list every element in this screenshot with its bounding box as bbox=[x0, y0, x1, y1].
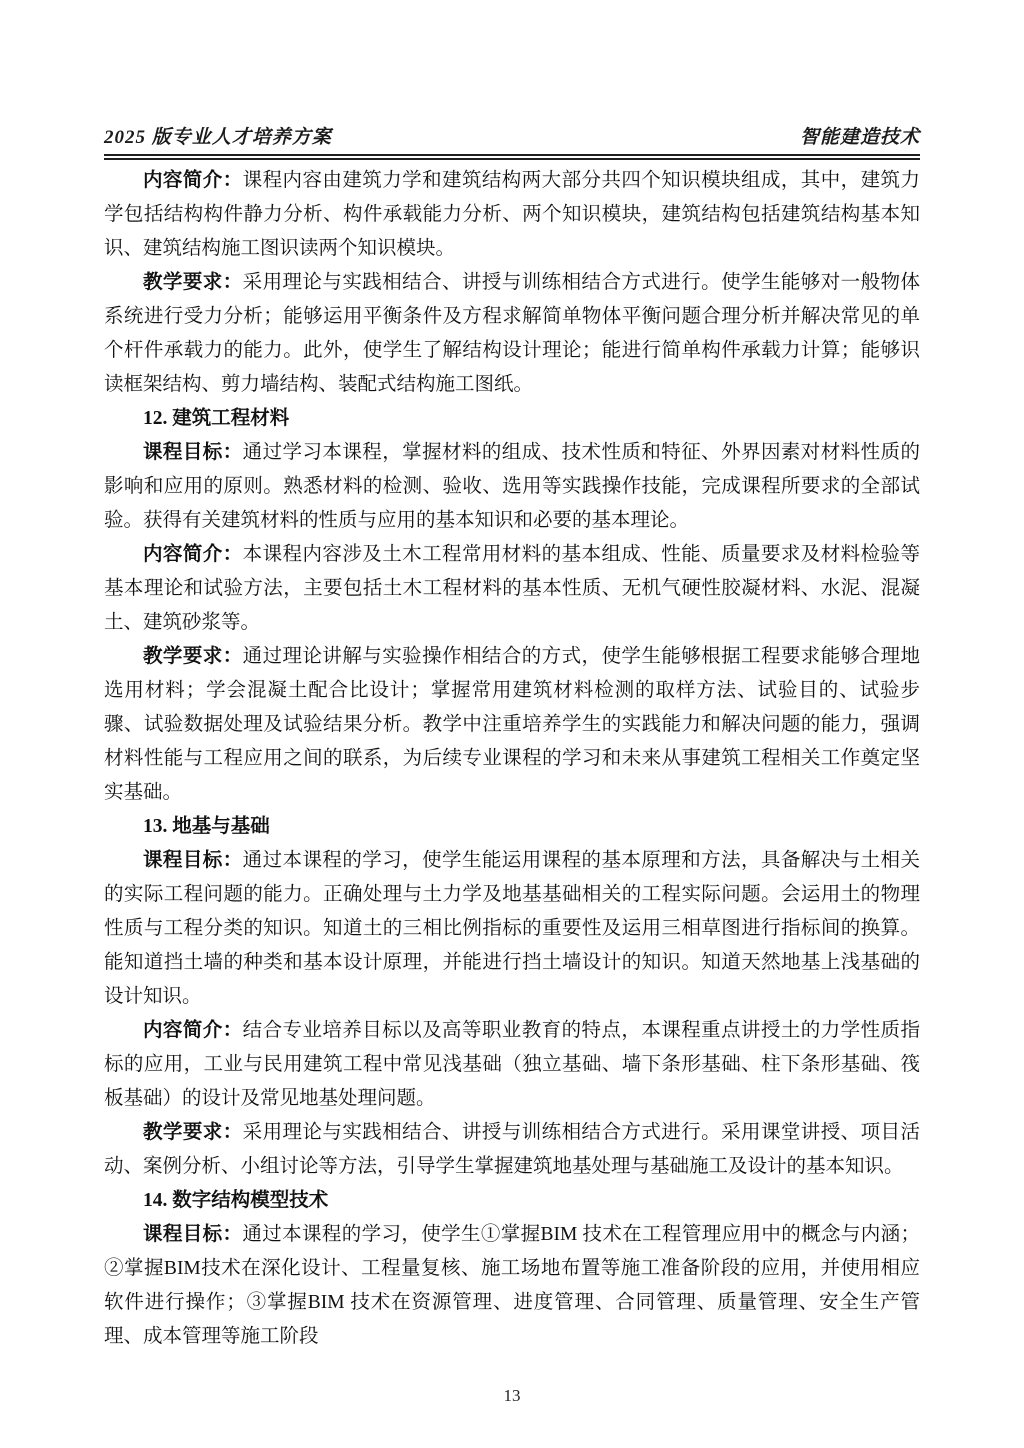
page-number: 13 bbox=[0, 1386, 1024, 1406]
paragraph: 教学要求：采用理论与实践相结合、讲授与训练相结合方式进行。采用课堂讲授、项目活动… bbox=[104, 1116, 920, 1184]
header-right-title: 智能建造技术 bbox=[800, 122, 920, 149]
header-double-rule bbox=[104, 154, 920, 160]
paragraph-label: 内容简介： bbox=[143, 170, 243, 191]
paragraph: 课程目标：通过学习本课程，掌握材料的组成、技术性质和特征、外界因素对材料性质的影… bbox=[104, 436, 920, 538]
paragraph: 内容简介：课程内容由建筑力学和建筑结构两大部分共四个知识模块组成，其中，建筑力学… bbox=[104, 164, 920, 266]
paragraph-label: 课程目标： bbox=[143, 442, 243, 463]
document-page: 2025 版专业人才培养方案 智能建造技术 内容简介：课程内容由建筑力学和建筑结… bbox=[0, 0, 1024, 1448]
paragraph-label: 课程目标： bbox=[143, 1224, 242, 1245]
paragraph-label: 课程目标： bbox=[143, 850, 243, 871]
paragraph-text: 通过理论讲解与实验操作相结合的方式，使学生能够根据工程要求能够合理地选用材料；学… bbox=[104, 646, 920, 803]
paragraph-label: 内容简介： bbox=[143, 1020, 243, 1041]
paragraph-label: 内容简介： bbox=[143, 544, 243, 565]
paragraph: 内容简介：本课程内容涉及土木工程常用材料的基本组成、性能、质量要求及材料检验等基… bbox=[104, 538, 920, 640]
section-heading: 12. 建筑工程材料 bbox=[104, 402, 920, 436]
section-heading: 14. 数字结构模型技术 bbox=[104, 1184, 920, 1218]
paragraph: 课程目标：通过本课程的学习，使学生能运用课程的基本原理和方法，具备解决与土相关的… bbox=[104, 844, 920, 1014]
paragraph: 教学要求：通过理论讲解与实验操作相结合的方式，使学生能够根据工程要求能够合理地选… bbox=[104, 640, 920, 810]
paragraph: 教学要求：采用理论与实践相结合、讲授与训练相结合方式进行。使学生能够对一般物体系… bbox=[104, 266, 920, 402]
paragraph: 课程目标：通过本课程的学习，使学生①掌握BIM 技术在工程管理应用中的概念与内涵… bbox=[104, 1218, 920, 1354]
section-heading: 13. 地基与基础 bbox=[104, 810, 920, 844]
header-left-title: 2025 版专业人才培养方案 bbox=[104, 122, 332, 149]
paragraph-label: 教学要求： bbox=[143, 272, 243, 293]
paragraph-label: 教学要求： bbox=[143, 646, 243, 667]
document-body: 内容简介：课程内容由建筑力学和建筑结构两大部分共四个知识模块组成，其中，建筑力学… bbox=[104, 164, 920, 1354]
paragraph-text: 通过本课程的学习，使学生能运用课程的基本原理和方法，具备解决与土相关的实际工程问… bbox=[104, 850, 920, 1007]
paragraph-label: 教学要求： bbox=[143, 1122, 243, 1143]
paragraph: 内容简介：结合专业培养目标以及高等职业教育的特点，本课程重点讲授土的力学性质指标… bbox=[104, 1014, 920, 1116]
page-header: 2025 版专业人才培养方案 智能建造技术 bbox=[104, 122, 920, 160]
